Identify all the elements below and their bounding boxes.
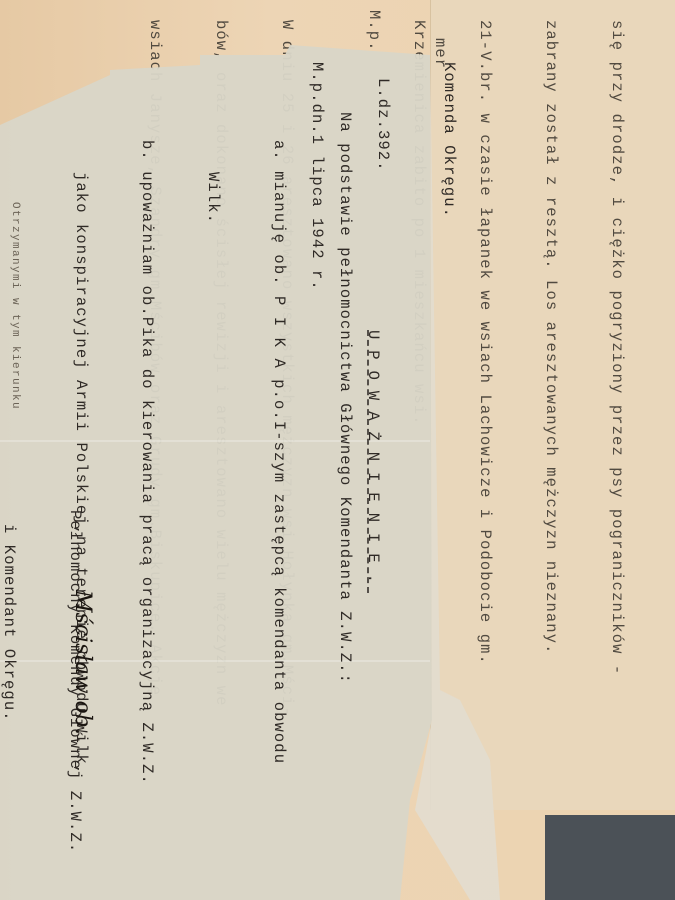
item-a-line: mianuję ob. P I K A p.o.I-szym zastępcą … [270,171,288,764]
signature-block: Pełnomocny Komendy Głównej Z.W.Z. i Kome… [0,510,130,853]
item-a-line: Wilk. [202,112,224,819]
fragment-line: mer [429,10,451,69]
intro-line: Na podstawie pełnomocnictwa Głównego Kom… [334,112,356,819]
signature-title: i Komendant Okręgu. [0,510,20,853]
item-a-marker: a. [270,140,288,161]
office-name: Komenda Okręgu. [438,62,460,291]
underlying-fragment: mer M.p. [341,10,495,69]
item-b-marker: b. [138,140,156,161]
item-b-line: upoważniam ob.Pika do kierowania pracą o… [138,171,156,785]
handwritten-signature: Mścisław ob. [70,590,95,735]
fragment-line: M.p. [363,10,385,69]
